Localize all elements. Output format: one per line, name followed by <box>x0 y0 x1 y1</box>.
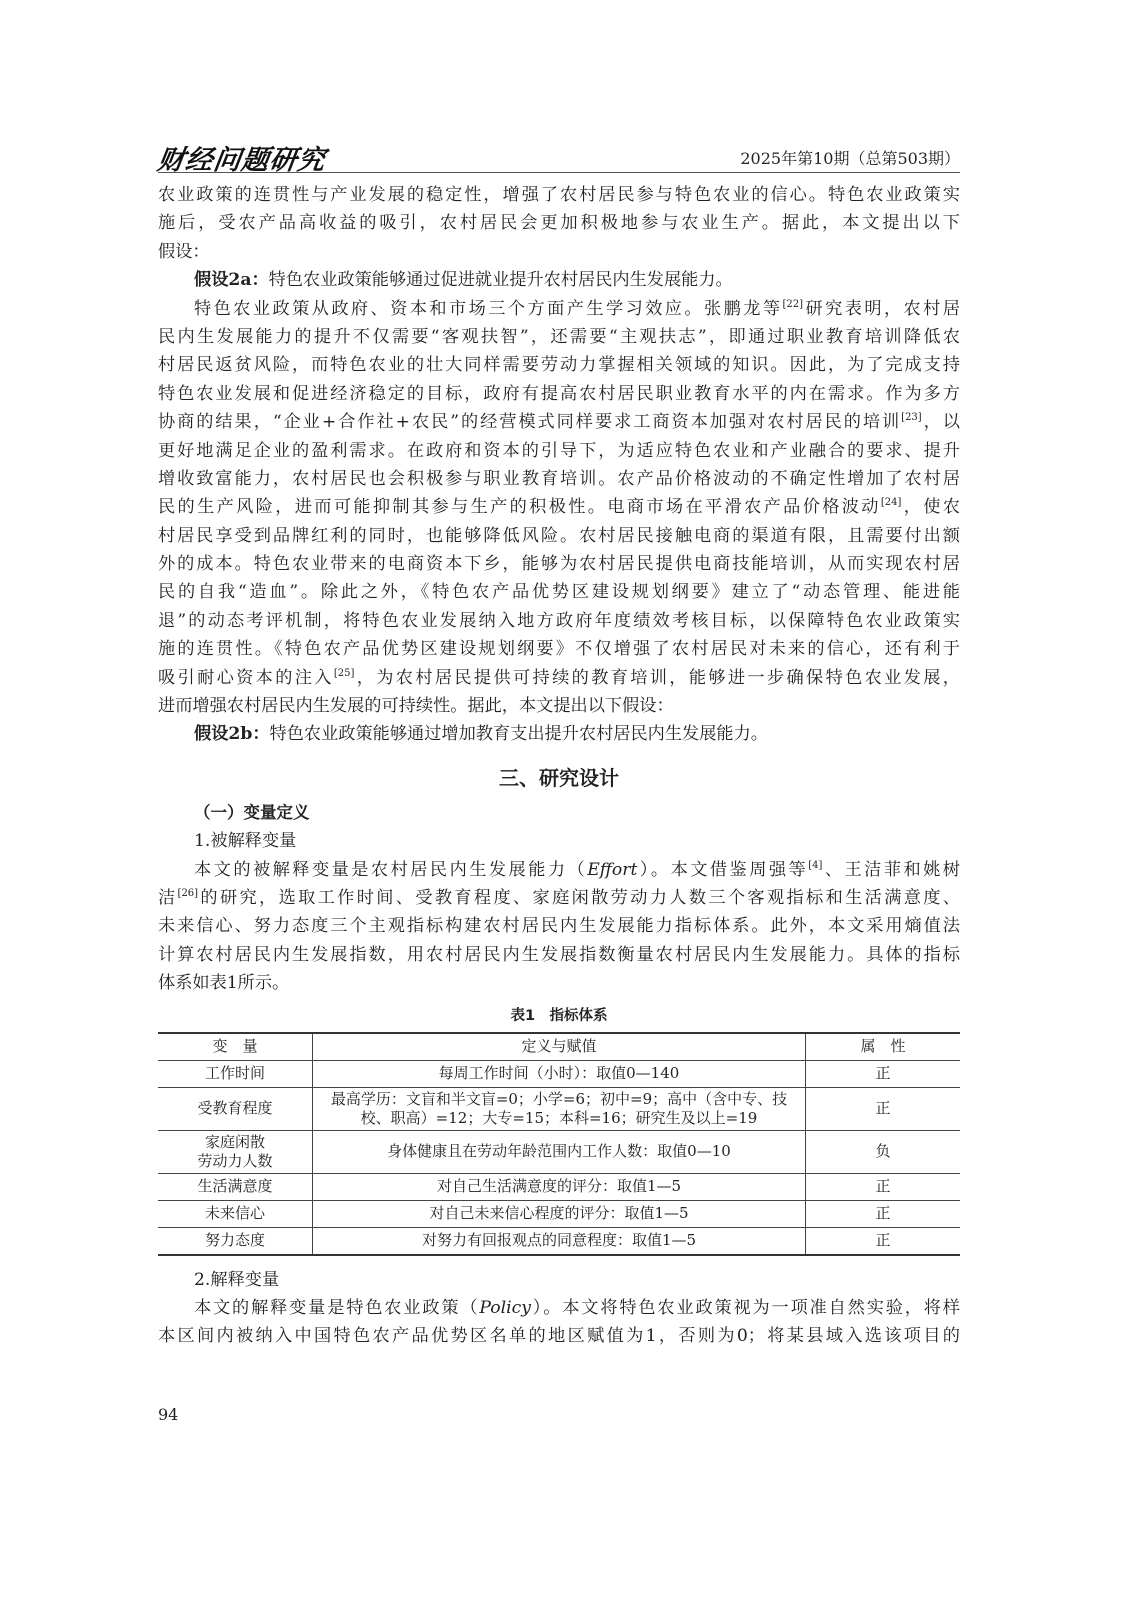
column-header: 定义与赋值 <box>312 1033 805 1061</box>
text-line: 增收致富能力，农村居民也会积极参与职业教育培训。农产品价格波动的不确定性增加了农… <box>158 465 960 493</box>
text-line: 特色农业发展和促进经济稳定的目标，政府有提高农村居民职业教育水平的内在需求。作为… <box>158 380 960 408</box>
column-header: 变 量 <box>158 1033 312 1061</box>
variable-name: Effort <box>587 860 637 880</box>
table-row: 受教育程度 最高学历：文盲和半文盲=0；小学=6；初中=9；高中（含中专、技校、… <box>158 1087 960 1130</box>
text-line: 本文的解释变量是特色农业政策（Policy）。本文将特色农业政策视为一项准自然实… <box>158 1294 960 1322</box>
text-line: 退”的动态考评机制，将特色农业发展纳入地方政府年度绩效考核目标，以保障特色农业政… <box>158 607 960 635</box>
cell-variable: 未来信心 <box>158 1200 312 1227</box>
cell-attribute: 正 <box>806 1227 960 1255</box>
table-header-row: 变 量 定义与赋值 属 性 <box>158 1033 960 1061</box>
table-row: 未来信心 对自己未来信心程度的评分：取值1—5 正 <box>158 1200 960 1227</box>
subsection-heading: （一）变量定义 <box>158 799 960 827</box>
cell-attribute: 正 <box>806 1087 960 1130</box>
text-line: 村居民返贫风险，而特色农业的壮大同样需要劳动力掌握相关领域的知识。因此，为了完成… <box>158 351 960 379</box>
text-line: 施的连贯性。《特色农产品优势区建设规划纲要》不仅增强了农村居民对未来的信心，还有… <box>158 635 960 663</box>
journal-logo: 财经问题研究 <box>155 138 328 177</box>
cell-variable: 受教育程度 <box>158 1087 312 1130</box>
table-caption: 表1 指标体系 <box>158 998 960 1032</box>
cell-attribute: 正 <box>806 1173 960 1200</box>
section-title: 三、研究设计 <box>158 749 960 793</box>
cell-attribute: 正 <box>806 1200 960 1227</box>
text-line: 特色农业政策从政府、资本和市场三个方面产生学习效应。张鹏龙等[22]研究表明，农… <box>158 295 960 323</box>
table-row: 工作时间 每周工作时间（小时）：取值0—140 正 <box>158 1060 960 1087</box>
cell-definition: 身体健康且在劳动年龄范围内工作人数：取值0—10 <box>312 1130 805 1173</box>
citation: [24] <box>881 497 902 508</box>
sub-subsection-heading: 2.解释变量 <box>158 1266 960 1294</box>
text-line: 协商的结果，“企业+合作社+农民”的经营模式同样要求工商资本加强对农村居民的培训… <box>158 408 960 436</box>
cell-variable: 努力态度 <box>158 1227 312 1255</box>
citation: [26] <box>178 888 199 899</box>
cell-variable: 家庭闲散劳动力人数 <box>158 1130 312 1173</box>
cell-definition: 对努力有回报观点的同意程度：取值1—5 <box>312 1227 805 1255</box>
hypothesis-label: 假设2a： <box>194 270 269 290</box>
text-line: 未来信心、努力态度三个主观指标构建农村居民内生发展能力指标体系。此外，本文采用熵… <box>158 912 960 940</box>
text-line: 更好地满足企业的盈利需求。在政府和资本的引导下，为适应特色农业和产业融合的要求、… <box>158 437 960 465</box>
issue-info: 2025年第10期（总第503期） <box>740 146 960 169</box>
text-line: 本文的被解释变量是农村居民内生发展能力（Effort）。本文借鉴周强等[4]、王… <box>158 856 960 884</box>
citation: [4] <box>808 860 822 871</box>
text-line: 民内生发展能力的提升不仅需要“客观扶智”，还需要“主观扶志”，即通过职业教育培训… <box>158 323 960 351</box>
text-line: 计算农村居民内生发展指数，用农村居民内生发展指数衡量农村居民内生发展能力。具体的… <box>158 941 960 969</box>
text-line: 施后，受农产品高收益的吸引，农村居民会更加积极地参与农业生产。据此，本文提出以下 <box>158 209 960 237</box>
table-row: 家庭闲散劳动力人数 身体健康且在劳动年龄范围内工作人数：取值0—10 负 <box>158 1130 960 1173</box>
hypothesis-text: 特色农业政策能够通过增加教育支出提升农村居民内生发展能力。 <box>270 724 768 744</box>
text-line: 进而增强农村居民内生发展的可持续性。据此，本文提出以下假设： <box>158 692 960 720</box>
hypothesis-2b: 假设2b：特色农业政策能够通过增加教育支出提升农村居民内生发展能力。 <box>158 720 960 748</box>
text-line: 体系如表1所示。 <box>158 969 960 997</box>
text-line: 村居民享受到品牌红利的同时，也能够降低风险。农村居民接触电商的渠道有限，且需要付… <box>158 522 960 550</box>
cell-definition: 对自己生活满意度的评分：取值1—5 <box>312 1173 805 1200</box>
cell-definition: 每周工作时间（小时）：取值0—140 <box>312 1060 805 1087</box>
page-number: 94 <box>158 1405 178 1424</box>
indicator-table: 变 量 定义与赋值 属 性 工作时间 每周工作时间（小时）：取值0—140 正 … <box>158 1032 960 1256</box>
text-line: 吸引耐心资本的注入[25]，为农村居民提供可持续的教育培训，能够进一步确保特色农… <box>158 664 960 692</box>
text-line: 假设： <box>158 238 960 266</box>
hypothesis-text: 特色农业政策能够通过促进就业提升农村居民内生发展能力。 <box>269 270 733 290</box>
citation: [25] <box>334 668 355 679</box>
table-row: 努力态度 对努力有回报观点的同意程度：取值1—5 正 <box>158 1227 960 1255</box>
cell-attribute: 正 <box>806 1060 960 1087</box>
body-text: 农业政策的连贯性与产业发展的稳定性，增强了农村居民参与特色农业的信心。特色农业政… <box>158 181 960 1351</box>
running-header: 财经问题研究 2025年第10期（总第503期） <box>158 138 960 173</box>
cell-attribute: 负 <box>806 1130 960 1173</box>
table-row: 生活满意度 对自己生活满意度的评分：取值1—5 正 <box>158 1173 960 1200</box>
text-line: 洁[26]的研究，选取工作时间、受教育程度、家庭闲散劳动力人数三个客观指标和生活… <box>158 884 960 912</box>
hypothesis-label: 假设2b： <box>194 724 270 744</box>
text-line: 民的自我“造血”。除此之外，《特色农产品优势区建设规划纲要》建立了“动态管理、能… <box>158 578 960 606</box>
text-line: 本区间内被纳入中国特色农产品优势区名单的地区赋值为1，否则为0；将某县域入选该项… <box>158 1322 960 1350</box>
text-line: 农业政策的连贯性与产业发展的稳定性，增强了农村居民参与特色农业的信心。特色农业政… <box>158 181 960 209</box>
text-line: 外的成本。特色农业带来的电商资本下乡，能够为农村居民提供电商技能培训，从而实现农… <box>158 550 960 578</box>
sub-subsection-heading: 1.被解释变量 <box>158 827 960 855</box>
cell-definition: 最高学历：文盲和半文盲=0；小学=6；初中=9；高中（含中专、技校、职高）=12… <box>312 1087 805 1130</box>
cell-variable: 工作时间 <box>158 1060 312 1087</box>
citation: [22] <box>783 299 804 310</box>
variable-name: Policy <box>479 1298 531 1318</box>
hypothesis-2a: 假设2a：特色农业政策能够通过促进就业提升农村居民内生发展能力。 <box>158 266 960 294</box>
citation: [23] <box>901 412 922 423</box>
cell-definition: 对自己未来信心程度的评分：取值1—5 <box>312 1200 805 1227</box>
text-line: 民的生产风险，进而可能抑制其参与生产的积极性。电商市场在平滑农产品价格波动[24… <box>158 493 960 521</box>
column-header: 属 性 <box>806 1033 960 1061</box>
cell-variable: 生活满意度 <box>158 1173 312 1200</box>
